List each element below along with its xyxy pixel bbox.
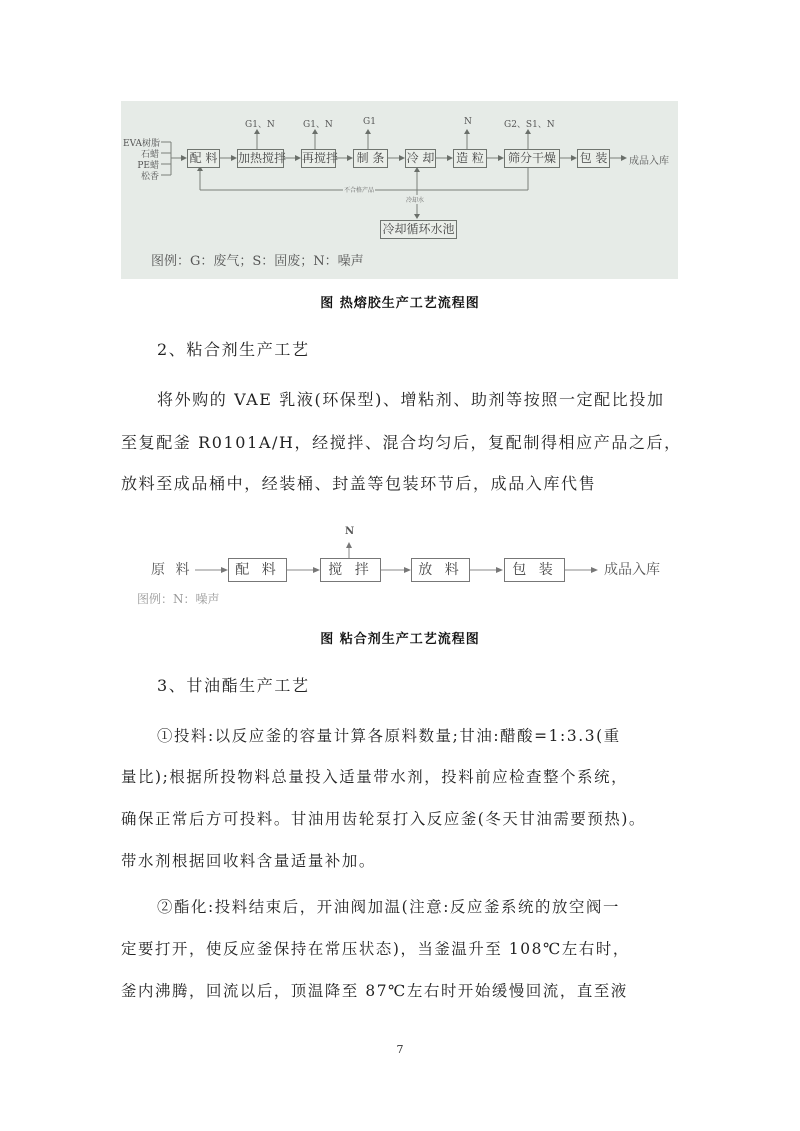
input-raw-material: 原 料: [151, 559, 192, 579]
emission-label: G2、S1、N: [504, 117, 555, 130]
emission-label: G1: [363, 117, 376, 127]
paragraph-line: 带水剂根据回收料含量适量补加。: [121, 844, 686, 878]
paragraph-line: 将外购的 VAE 乳液(环保型)、增粘剂、助剂等按照一定配比投加: [157, 383, 722, 417]
output-warehouse: 成品入库: [604, 559, 660, 579]
step-pelletizing: 造 粒: [453, 149, 487, 168]
emission-label: N: [345, 526, 354, 537]
emission-label: G1、N: [245, 117, 275, 130]
step-heat-stir: 加热搅拌: [237, 149, 284, 168]
cooling-water-label: 冷却水: [406, 195, 424, 204]
step-restir: 再搅拌: [301, 149, 336, 168]
step-cooling: 冷 却: [405, 149, 436, 168]
step-packaging: 包 装: [504, 558, 565, 582]
input-rosin: 松香: [123, 169, 159, 182]
hot-melt-flowchart: EVA树脂 石蜡 PE蜡 松香 配 料 加热搅拌 再搅拌 制 条 冷 却 造 粒…: [121, 101, 678, 279]
paragraph-line: ①投料:以反应釜的容量计算各原料数量;甘油:醋酸=1:3.3(重: [157, 719, 722, 753]
paragraph-line: ②酯化:投料结束后，开油阀加温(注意:反应釜系统的放空阀一: [157, 890, 722, 924]
adhesive-flowchart: 原 料 配 料 N 搅 拌 放 料 包 装 成品入库 图例：N：噪声: [121, 512, 681, 612]
cooling-pool-box: 冷却循环水池: [380, 220, 457, 239]
paragraph-line: 釜内沸腾，回流以后，顶温降至 87℃左右时开始缓慢回流，直至液: [121, 974, 686, 1008]
paragraph-line: 量比);根据所投物料总量投入适量带水剂，投料前应检查整个系统，: [121, 760, 686, 794]
paragraph-line: 至复配釜 R0101A/H，经搅拌、混合均匀后，复配制得相应产品之后，: [121, 426, 686, 460]
step-packaging: 包 装: [577, 149, 610, 168]
paragraph-line: 定要打开，使反应釜保持在常压状态)，当釜温升至 108℃左右时，: [121, 932, 686, 966]
figure-caption: 图 热熔胶生产工艺流程图: [0, 292, 800, 311]
section-heading: 2、粘合剂生产工艺: [157, 333, 722, 367]
figure-legend: 图例：N：噪声: [137, 590, 220, 607]
step-batching: 配 料: [187, 149, 220, 168]
emission-label: G1、N: [303, 117, 333, 130]
reject-product-label: 不合格产品: [343, 185, 375, 194]
step-stranding: 制 条: [353, 149, 388, 168]
figure-legend: 图例：G：废气；S：固废；N：噪声: [151, 250, 364, 269]
step-discharge: 放 料: [411, 558, 470, 582]
emission-label: N: [464, 117, 472, 127]
paragraph-line: 放料至成品桶中，经装桶、封盖等包装环节后，成品入库代售: [121, 467, 686, 501]
step-batching: 配 料: [228, 558, 287, 582]
step-stirring: 搅 拌: [320, 558, 381, 582]
output-warehouse: 成品入库: [629, 152, 669, 167]
step-sieve-dry: 筛分干燥: [504, 149, 560, 168]
figure-caption: 图 粘合剂生产工艺流程图: [0, 628, 800, 647]
paragraph-line: 确保正常后方可投料。甘油用齿轮泵打入反应釜(冬天甘油需要预热)。: [121, 802, 686, 836]
page-number: 7: [0, 1043, 800, 1056]
section-heading: 3、甘油酯生产工艺: [157, 669, 722, 703]
